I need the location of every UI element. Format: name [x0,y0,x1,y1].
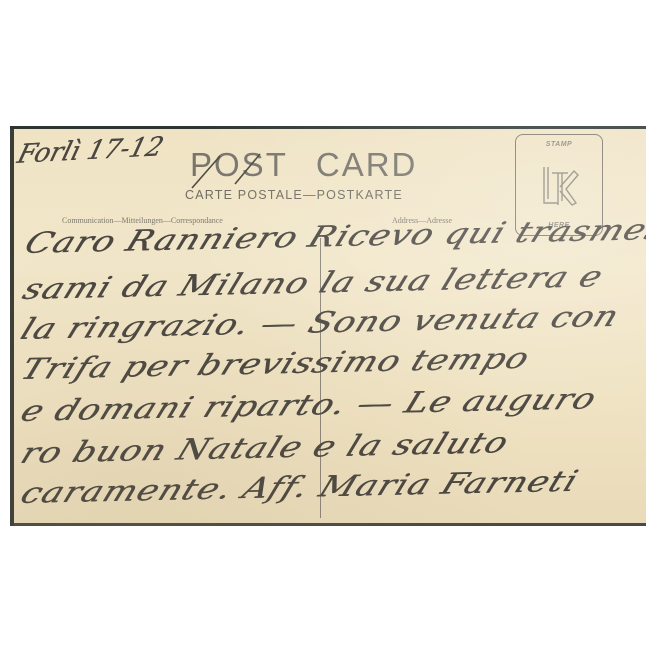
postcard-back: POSTCARD CARTE POSTALE—POSTKARTE Communi… [10,126,646,526]
